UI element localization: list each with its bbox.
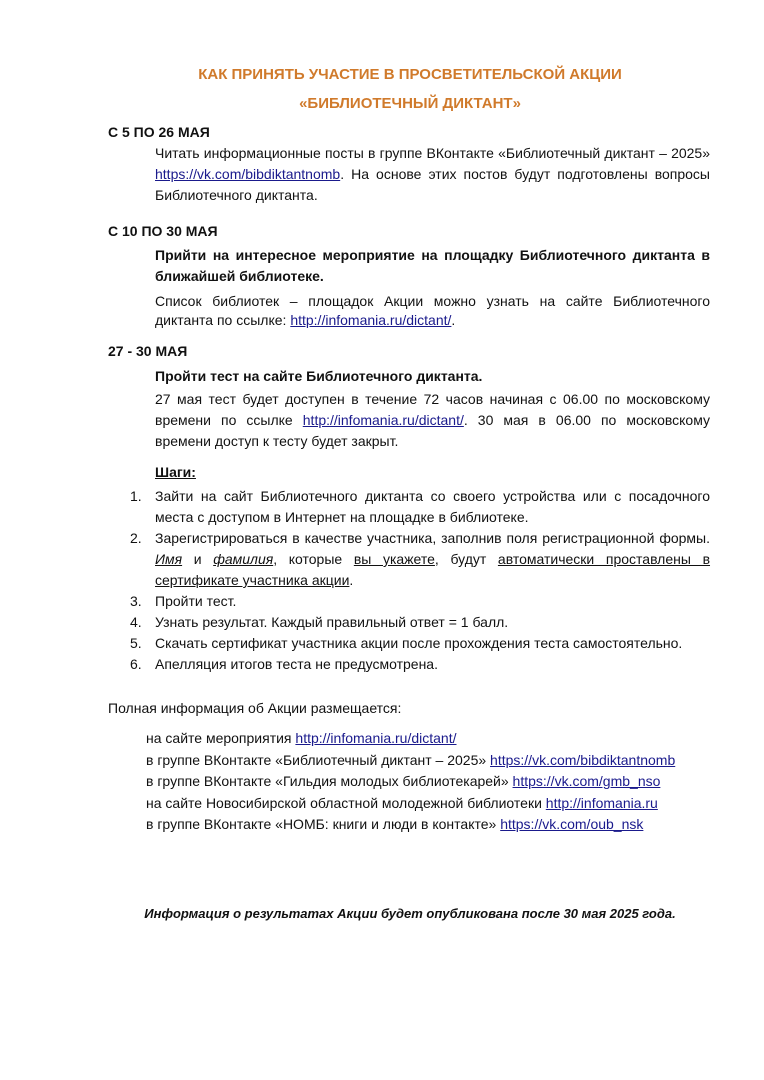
info-item-text: в группе ВКонтакте «НОМБ: книги и люди в… [146,816,500,832]
surname-emphasis: фамилия [213,551,273,567]
info-link[interactable]: https://vk.com/gmb_nso [513,773,661,789]
name-emphasis: Имя [155,551,182,567]
step-text: , будут [435,551,498,567]
step-text: Зарегистрироваться в качестве участника,… [155,530,710,546]
vk-bibdiktant-link[interactable]: https://vk.com/bibdiktantnomb [155,166,340,182]
info-item: в группе ВКонтакте «Гильдия молодых библ… [146,771,675,793]
section-date-1: С 5 ПО 26 МАЯ [108,124,210,140]
info-item-text: на сайте Новосибирской областной молодеж… [146,795,546,811]
info-item: на сайте мероприятия http://infomania.ru… [146,728,675,750]
document-page: КАК ПРИНЯТЬ УЧАСТИЕ В ПРОСВЕТИТЕЛЬСКОЙ А… [0,0,764,1080]
step-number: 1. [130,486,142,507]
section-2-text-after: . [451,312,455,328]
info-link[interactable]: https://vk.com/bibdiktantnomb [490,752,675,768]
step-number: 6. [130,654,142,675]
step-text: Скачать сертификат участника акции после… [155,635,682,651]
step-text: Зайти на сайт Библиотечного диктанта со … [155,488,710,525]
step-text: и [182,551,213,567]
info-item: в группе ВКонтакте «Библиотечный диктант… [146,750,675,772]
info-list: на сайте мероприятия http://infomania.ru… [146,728,675,836]
step-text: Пройти тест. [155,593,236,609]
info-link[interactable]: http://infomania.ru/dictant/ [295,730,456,746]
section-2-bold-text: Прийти на интересное мероприятие на площ… [155,245,710,287]
results-footer-note: Информация о результатах Акции будет опу… [0,906,764,921]
step-number: 3. [130,591,142,612]
section-1-text-before: Читать информационные посты в группе ВКо… [155,145,710,161]
you-specify-emphasis: вы укажете [354,551,435,567]
section-date-3: 27 - 30 МАЯ [108,343,187,359]
document-title-line1: КАК ПРИНЯТЬ УЧАСТИЕ В ПРОСВЕТИТЕЛЬСКОЙ А… [0,66,764,83]
section-2-text: Список библиотек – площадок Акции можно … [155,292,710,330]
info-item-text: на сайте мероприятия [146,730,295,746]
info-item-text: в группе ВКонтакте «Библиотечный диктант… [146,752,490,768]
step-text: . [349,572,353,588]
info-item: в группе ВКонтакте «НОМБ: книги и люди в… [146,814,675,836]
info-item: на сайте Новосибирской областной молодеж… [146,793,675,815]
info-link[interactable]: https://vk.com/oub_nsk [500,816,643,832]
section-3-bold-text: Пройти тест на сайте Библиотечного дикта… [155,366,710,387]
section-date-2: С 10 ПО 30 МАЯ [108,223,218,239]
infomania-dictant-link-2[interactable]: http://infomania.ru/dictant/ [303,412,464,428]
step-number: 5. [130,633,142,654]
step-item: 5. Скачать сертификат участника акции по… [120,633,710,654]
document-title-line2: «БИБЛИОТЕЧНЫЙ ДИКТАНТ» [0,95,764,112]
step-item: 3. Пройти тест. [120,591,710,612]
step-text: Узнать результат. Каждый правильный отве… [155,614,508,630]
section-1-text: Читать информационные посты в группе ВКо… [155,143,710,206]
info-link[interactable]: http://infomania.ru [546,795,658,811]
step-number: 4. [130,612,142,633]
step-item: 4. Узнать результат. Каждый правильный о… [120,612,710,633]
step-text: , которые [273,551,354,567]
step-item: 6. Апелляция итогов теста не предусмотре… [120,654,710,675]
step-number: 2. [130,528,142,549]
infomania-dictant-link[interactable]: http://infomania.ru/dictant/ [290,312,451,328]
step-item: 1. Зайти на сайт Библиотечного диктанта … [120,486,710,528]
steps-heading: Шаги: [155,462,196,483]
steps-list: 1. Зайти на сайт Библиотечного диктанта … [120,486,710,675]
section-3-text: 27 мая тест будет доступен в течение 72 … [155,389,710,452]
step-item: 2. Зарегистрироваться в качестве участни… [120,528,710,591]
step-text: Апелляция итогов теста не предусмотрена. [155,656,438,672]
info-item-text: в группе ВКонтакте «Гильдия молодых библ… [146,773,513,789]
info-heading: Полная информация об Акции размещается: [108,700,401,716]
